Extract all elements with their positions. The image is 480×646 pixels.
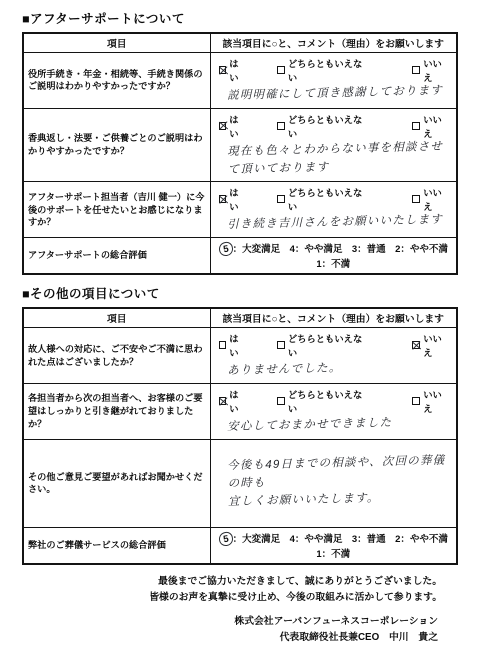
- table-row: 役所手続き・年金・相続等、手続き関係のご説明はわかりやすかったですか？ はい ど…: [23, 53, 457, 109]
- option-group: はい どちらともいえない いいえ: [219, 56, 451, 84]
- option-yes: はい: [219, 185, 248, 213]
- option-neutral: どちらともいえない: [277, 56, 368, 84]
- option-yes: はい: [219, 331, 248, 359]
- other-items-section-title: ■その他の項目について: [22, 284, 458, 302]
- circled-score: 5: [217, 531, 233, 547]
- option-label: はい: [229, 387, 247, 415]
- option-label: どちらともいえない: [288, 112, 369, 140]
- question-cell: 故人様への対応に、ご不安やご不満に思われた点はございましたか？: [23, 328, 210, 384]
- option-label: どちらともいえない: [288, 331, 369, 359]
- footer-block: 最後までご協力いただきまして、誠にありがとうございました。 皆様のお声を真摯に受…: [22, 574, 458, 646]
- option-group: はい どちらともいえない いいえ: [219, 331, 451, 359]
- option-neutral: どちらともいえない: [277, 185, 368, 213]
- thanks-line-1: 最後までご協力いただきまして、誠にありがとうございました。: [22, 574, 442, 590]
- option-label: いいえ: [423, 331, 450, 359]
- option-group: はい どちらともいえない いいえ: [219, 185, 451, 213]
- option-no: いいえ: [412, 185, 450, 213]
- option-yes: はい: [219, 56, 248, 84]
- rating-scale-text: ：大変満足 4：やや満足 3：普通 2：やや不満 1：不満: [233, 244, 458, 270]
- option-label: いいえ: [423, 185, 450, 213]
- answer-cell: はい どちらともいえない いいえ 現在も色々とわからない事を相談させて頂いており…: [210, 108, 457, 182]
- handwritten-comment: 現在も色々とわからない事を相談させて頂いております: [227, 138, 451, 179]
- other-items-table: 項目 該当項目に○と、コメント（理由）をお願いします 故人様への対応に、ご不安や…: [22, 307, 458, 565]
- option-label: はい: [229, 185, 247, 213]
- survey-scan-page: ■アフターサポートについて 項目 該当項目に○と、コメント（理由）をお願いします…: [0, 0, 480, 600]
- checkbox-neutral-icon: [277, 195, 285, 203]
- column-header-item: 項目: [23, 308, 210, 328]
- rating-label: アフターサポートの総合評価: [23, 238, 210, 275]
- checkbox-no-icon: [412, 397, 420, 405]
- option-label: どちらともいえない: [288, 56, 369, 84]
- checkbox-no-icon: [412, 122, 420, 130]
- handwritten-comment: 安心しておまかせできました: [227, 414, 451, 437]
- checkbox-no-icon: [412, 341, 420, 349]
- handwritten-comment: ありませんでした。: [227, 358, 451, 381]
- question-cell: その他ご意見ご要望があればお聞かせください。: [23, 439, 210, 527]
- rating-scale-text: ：大変満足 4：やや満足 3：普通 2：やや不満 1：不満: [233, 534, 458, 560]
- option-neutral: どちらともいえない: [277, 112, 368, 140]
- answer-cell: 今後も49日までの相談や、次回の葬儀の時も 宜しくお願いいたします。: [210, 439, 457, 527]
- checkbox-yes-icon: [219, 195, 227, 203]
- option-label: どちらともいえない: [288, 185, 369, 213]
- option-label: どちらともいえない: [288, 387, 369, 415]
- column-header-comment: 該当項目に○と、コメント（理由）をお願いします: [210, 308, 457, 328]
- option-group: はい どちらともいえない いいえ: [219, 387, 451, 415]
- option-yes: はい: [219, 112, 248, 140]
- rating-row: 弊社のご葬儀サービスの総合評価 5：大変満足 4：やや満足 3：普通 2：やや不…: [23, 527, 457, 564]
- option-no: いいえ: [412, 387, 450, 415]
- column-header-comment: 該当項目に○と、コメント（理由）をお願いします: [210, 33, 457, 53]
- checkbox-yes-icon: [219, 122, 227, 130]
- checkbox-neutral-icon: [277, 66, 285, 74]
- answer-cell: はい どちらともいえない いいえ ありませんでした。: [210, 328, 457, 384]
- checkbox-yes-icon: [219, 66, 227, 74]
- option-neutral: どちらともいえない: [277, 387, 368, 415]
- after-support-table: 項目 該当項目に○と、コメント（理由）をお願いします 役所手続き・年金・相続等、…: [22, 32, 458, 275]
- handwritten-comment: 引き続き吉川さんをお願いいたします: [227, 212, 451, 235]
- ceo-signature: 代表取締役社長兼CEO 中川 貴之: [22, 630, 438, 646]
- answer-cell: はい どちらともいえない いいえ 説明明確にして頂き感謝しております: [210, 53, 457, 109]
- table-header-row: 項目 該当項目に○と、コメント（理由）をお願いします: [23, 308, 457, 328]
- question-cell: アフターサポート担当者（吉川 健一）に今後のサポートを任せたいとお感じになります…: [23, 182, 210, 238]
- checkbox-neutral-icon: [277, 122, 285, 130]
- checkbox-neutral-icon: [277, 341, 285, 349]
- table-row: その他ご意見ご要望があればお聞かせください。 今後も49日までの相談や、次回の葬…: [23, 439, 457, 527]
- question-cell: 香典返し・法要・ご供養ごとのご説明はわかりやすかったですか？: [23, 108, 210, 182]
- after-support-section-title: ■アフターサポートについて: [22, 9, 458, 27]
- option-label: いいえ: [423, 112, 450, 140]
- signature-block: 株式会社アーバンフューネスコーポレーション 代表取締役社長兼CEO 中川 貴之: [22, 614, 442, 645]
- option-label: はい: [229, 112, 247, 140]
- checkbox-no-icon: [412, 195, 420, 203]
- question-cell: 各担当者から次の担当者へ、お客様のご要望はしっかりと引き継がれておりましたか？: [23, 384, 210, 440]
- checkbox-neutral-icon: [277, 397, 285, 405]
- rating-row: アフターサポートの総合評価 5：大変満足 4：やや満足 3：普通 2：やや不満 …: [23, 238, 457, 275]
- option-label: はい: [229, 56, 247, 84]
- answer-cell: はい どちらともいえない いいえ 引き続き吉川さんをお願いいたします: [210, 182, 457, 238]
- table-row: 各担当者から次の担当者へ、お客様のご要望はしっかりと引き継がれておりましたか？ …: [23, 384, 457, 440]
- rating-label: 弊社のご葬儀サービスの総合評価: [23, 527, 210, 564]
- option-label: いいえ: [423, 56, 450, 84]
- table-row: 香典返し・法要・ご供養ごとのご説明はわかりやすかったですか？ はい どちらともい…: [23, 108, 457, 182]
- table-row: 故人様への対応に、ご不安やご不満に思われた点はございましたか？ はい どちらとも…: [23, 328, 457, 384]
- rating-scale: 5：大変満足 4：やや満足 3：普通 2：やや不満 1：不満: [210, 238, 457, 275]
- option-label: いいえ: [423, 387, 450, 415]
- circled-score: 5: [217, 241, 233, 257]
- column-header-item: 項目: [23, 33, 210, 53]
- checkbox-yes-icon: [219, 341, 227, 349]
- checkbox-no-icon: [412, 66, 420, 74]
- option-label: はい: [229, 331, 247, 359]
- option-no: いいえ: [412, 112, 450, 140]
- question-cell: 役所手続き・年金・相続等、手続き関係のご説明はわかりやすかったですか？: [23, 53, 210, 109]
- checkbox-yes-icon: [219, 397, 227, 405]
- option-neutral: どちらともいえない: [277, 331, 368, 359]
- thanks-line-2: 皆様のお声を真摯に受け止め、今後の取組みに活かして参ります。: [22, 590, 442, 606]
- option-group: はい どちらともいえない いいえ: [219, 112, 451, 140]
- option-no: いいえ: [412, 56, 450, 84]
- option-yes: はい: [219, 387, 248, 415]
- handwritten-comment: 説明明確にして頂き感謝しております: [227, 83, 451, 106]
- rating-scale: 5：大変満足 4：やや満足 3：普通 2：やや不満 1：不満: [210, 527, 457, 564]
- table-row: アフターサポート担当者（吉川 健一）に今後のサポートを任せたいとお感じになります…: [23, 182, 457, 238]
- table-header-row: 項目 該当項目に○と、コメント（理由）をお願いします: [23, 33, 457, 53]
- company-name: 株式会社アーバンフューネスコーポレーション: [22, 614, 438, 630]
- handwritten-comment: 今後も49日までの相談や、次回の葬儀の時も 宜しくお願いいたします。: [227, 452, 452, 511]
- answer-cell: はい どちらともいえない いいえ 安心しておまかせできました: [210, 384, 457, 440]
- option-no: いいえ: [412, 331, 450, 359]
